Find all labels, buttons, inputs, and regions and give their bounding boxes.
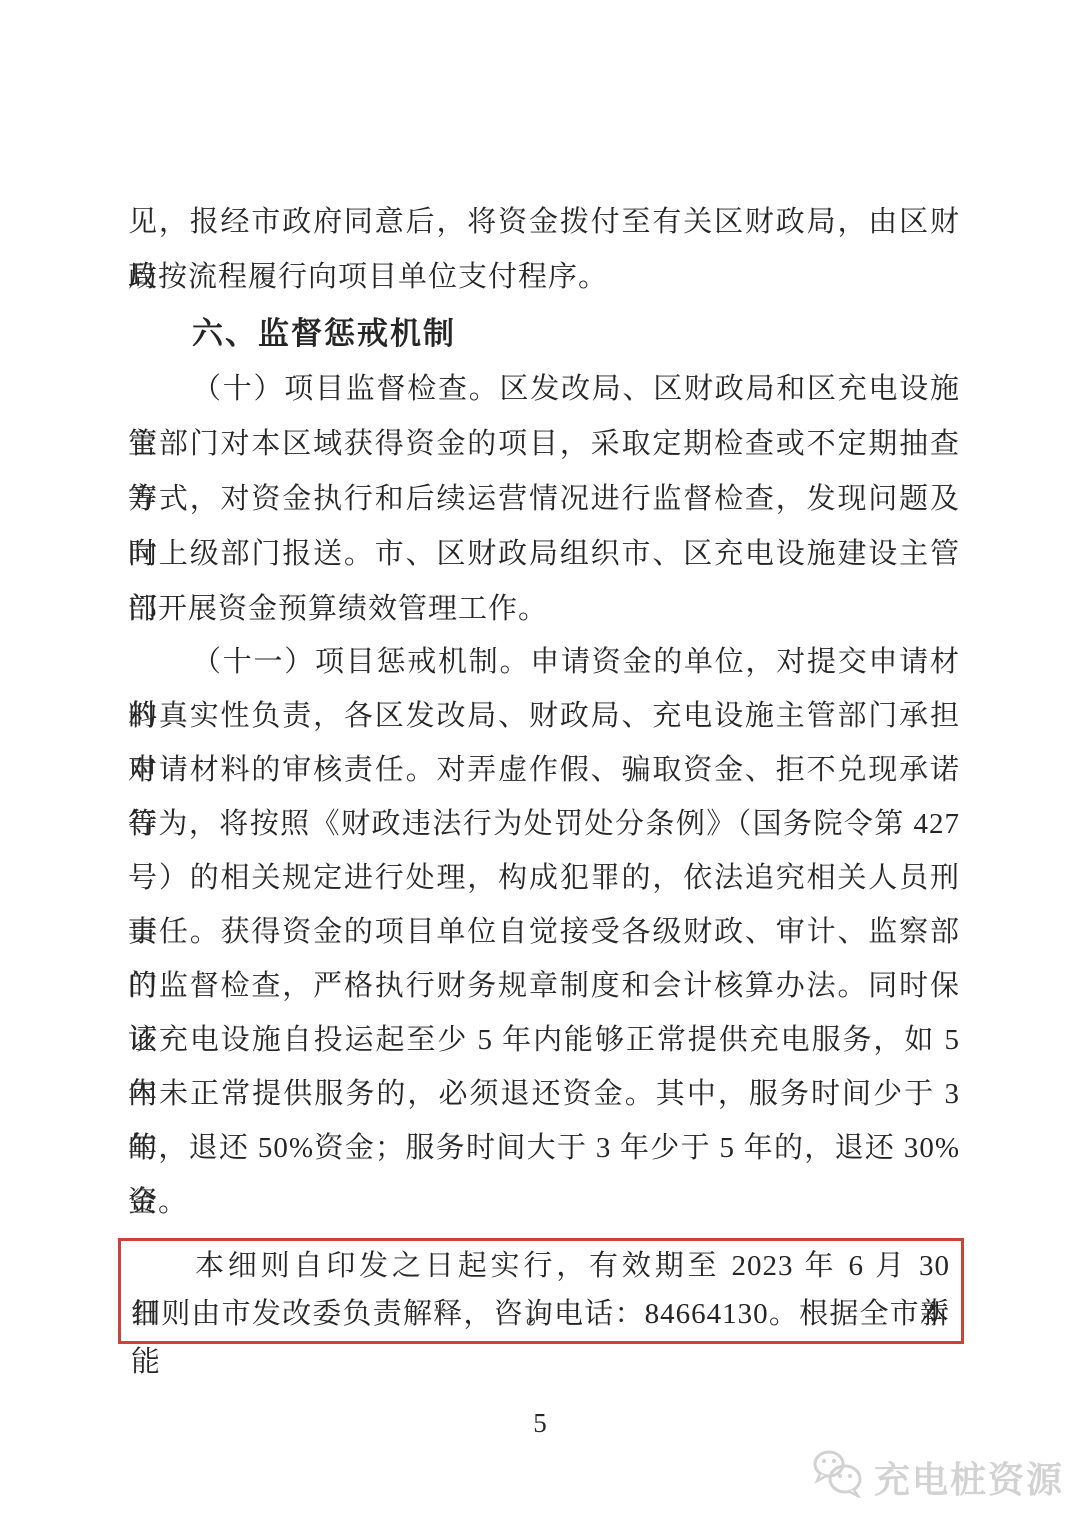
text-line: 本细则自印发之日起实行，有效期至 2023 年 6 月 30 日。本 <box>131 1242 950 1290</box>
text-line: 的，退还 50%资金；服务时间大于 3 年少于 5 年的，退还 30%资 <box>128 1121 960 1175</box>
paragraph-clause-10: （十）项目监督检查。区发改局、区财政局和区充电设施主 管部门对本区域获得资金的项… <box>128 362 960 637</box>
text-line: 细则由市发改委负责解释，咨询电话：84664130。根据全市新能 <box>131 1290 950 1338</box>
text-line: （十）项目监督检查。区发改局、区财政局和区充电设施主 <box>128 362 960 417</box>
text-line: 内未正常提供服务的，必须退还资金。其中，服务时间少于 3 年 <box>128 1067 960 1121</box>
text-line: 管部门对本区域获得资金的项目，采取定期检查或不定期抽查等 <box>128 417 960 472</box>
section-heading: 六、监督惩戒机制 <box>128 306 960 361</box>
watermark: 充电桩资源 <box>809 1448 1064 1507</box>
highlight-box: 本细则自印发之日起实行，有效期至 2023 年 6 月 30 日。本 细则由市发… <box>118 1238 964 1344</box>
text-line: 申请材料的审核责任。对弄虚作假、骗取资金、拒不兑现承诺等 <box>128 743 960 797</box>
text-line: 门开展资金预算绩效管理工作。 <box>128 582 960 637</box>
wechat-bubbles-icon <box>809 1448 867 1507</box>
text-line: 局按流程履行向项目单位支付程序。 <box>128 250 960 305</box>
text-line: 的真实性负责，各区发改局、财政局、充电设施主管部门承担对 <box>128 689 960 743</box>
document-page: { "doc": { "intro": [ "见，报经市政府同意后，将资金拨付至… <box>0 0 1080 1527</box>
text-line: 方式，对资金执行和后续运营情况进行监督检查，发现问题及时 <box>128 472 960 527</box>
text-line: 行为，将按照《财政违法行为处罚处分条例》（国务院令第 427 <box>128 797 960 851</box>
paragraph-clause-11: （十一）项目惩戒机制。申请资金的单位，对提交申请材料 的真实性负责，各区发改局、… <box>128 635 960 1229</box>
page-number: 5 <box>0 1408 1080 1439</box>
text-line: 责任。获得资金的项目单位自觉接受各级财政、审计、监察部门 <box>128 905 960 959</box>
paragraph-continuation: 见，报经市政府同意后，将资金拨付至有关区财政局，由区财政 局按流程履行向项目单位… <box>128 195 960 305</box>
text-line: 的监督检查，严格执行财务规章制度和会计核算办法。同时保证 <box>128 959 960 1013</box>
watermark-label: 充电桩资源 <box>874 1452 1064 1503</box>
text-line: 金。 <box>128 1175 960 1229</box>
text-line: 该充电设施自投运起至少 5 年内能够正常提供充电服务，如 5 年 <box>128 1013 960 1067</box>
text-line: 见，报经市政府同意后，将资金拨付至有关区财政局，由区财政 <box>128 195 960 250</box>
text-line: （十一）项目惩戒机制。申请资金的单位，对提交申请材料 <box>128 635 960 689</box>
section-heading-block: 六、监督惩戒机制 <box>128 306 960 361</box>
text-line: 向上级部门报送。市、区财政局组织市、区充电设施建设主管部 <box>128 527 960 582</box>
text-line: 号）的相关规定进行处理，构成犯罪的，依法追究相关人员刑事 <box>128 851 960 905</box>
